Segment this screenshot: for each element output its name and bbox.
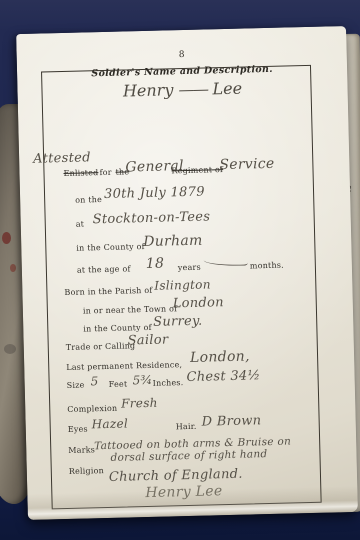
label-regiment-of: Regiment of (171, 165, 223, 175)
value-inches: 5¾ (132, 373, 152, 387)
label-religion: Religion (69, 466, 104, 476)
label-trade: Trade or Calling (66, 341, 136, 352)
value-trade: Sailor (127, 332, 168, 348)
label-feet: Feet (109, 379, 128, 388)
label-birth-county: in the County of (83, 323, 152, 334)
value-chest: Chest 34½ (186, 368, 260, 385)
value-eyes: Hazel (91, 416, 128, 431)
label-years: years (178, 263, 201, 273)
label-for: for (99, 168, 111, 177)
name-dash: —— (178, 79, 207, 99)
value-attestation-date: 30th July 1879 (104, 185, 205, 202)
label-marks: Marks (68, 445, 95, 455)
page-number: 8 (17, 46, 347, 64)
label-age: at the age of (77, 264, 131, 274)
spine-stain (2, 232, 11, 244)
soldier-last-name: Lee (212, 79, 242, 99)
soldier-description-page: 8 Soldier's Name and Description. Henry … (16, 26, 358, 520)
label-hair: Hair. (176, 422, 197, 432)
value-residence: London, (190, 348, 250, 365)
label-at: at (76, 219, 85, 228)
value-birth-county: Surrey. (153, 314, 203, 330)
value-parish: Islington (154, 277, 211, 292)
label-in-county-of: in the County of (76, 242, 145, 253)
value-town: London (173, 295, 225, 311)
label-enlisted: Enlisted (63, 168, 98, 178)
attested-annotation: Attested (33, 150, 91, 166)
label-inches: Inches. (153, 378, 184, 388)
value-complexion: Fresh (121, 396, 158, 411)
soldier-first-name: Henry (123, 80, 174, 100)
label-on-the: on the (75, 195, 102, 205)
label-eyes: Eyes (68, 424, 88, 433)
spine-stain (4, 344, 16, 354)
value-attestation-place: Stockton-on-Tees (92, 209, 210, 227)
value-county: Durham (143, 233, 203, 250)
spine-stain (10, 264, 16, 272)
value-feet: 5 (90, 374, 98, 388)
value-service: Service (219, 156, 275, 173)
label-complexion: Complexion (67, 404, 117, 414)
soldier-signature: Henry Lee (145, 483, 223, 501)
value-age-years: 18 (146, 256, 165, 272)
book-photo: W b 12 h t Bay 8 Soldier's Name and Desc… (0, 0, 360, 540)
value-hair: D Brown (201, 413, 261, 429)
label-months: months. (250, 261, 284, 271)
label-size: Size (67, 381, 85, 390)
